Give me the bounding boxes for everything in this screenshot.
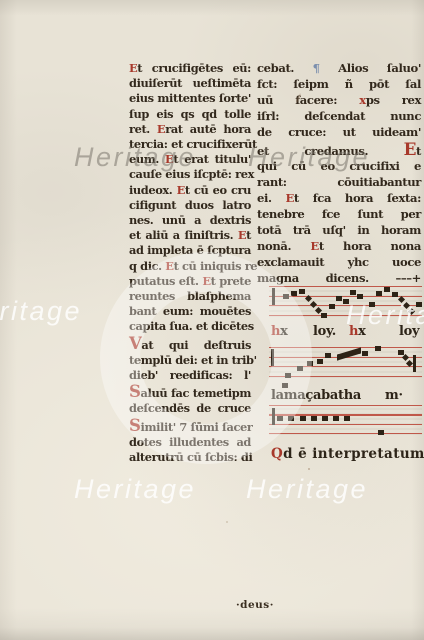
neume-note <box>299 289 305 294</box>
neume-note <box>311 416 317 421</box>
chant-lyric-row: hxloy.hxloy <box>269 324 422 340</box>
text-line: diuiſerūt ueſtimēta <box>129 76 251 91</box>
text-line: capita ſua. et dicētes <box>129 319 251 334</box>
text-line: Et crucifigētes eū: <box>129 61 251 76</box>
red-initial: S <box>129 381 141 401</box>
text-line: exclamauit yhc uoce <box>257 255 421 271</box>
text-line: dotes illudentes ad <box>129 435 251 450</box>
neume-note <box>337 347 361 360</box>
neume-note <box>336 296 342 301</box>
rubric-letter: E <box>238 228 246 242</box>
catchword: ·deus· <box>236 599 274 611</box>
text-line: et credamus. Et <box>257 141 421 160</box>
text-line: reuntes blaſphema <box>129 289 251 304</box>
text-line: q dic. Et cū iniquis re <box>129 259 251 274</box>
blue-paraph-mark: ¶ <box>313 61 320 75</box>
text-line: tercia: et crucifixerūt <box>129 137 251 152</box>
heritage-watermark-text: Heritage <box>246 474 368 505</box>
neume-note <box>392 292 398 297</box>
neume-note <box>357 294 363 299</box>
neume-note <box>329 304 335 309</box>
chant-lyric: loy <box>399 324 419 339</box>
stave-line <box>269 424 422 425</box>
chant-closing-line: Qd ē interpretatum. <box>271 446 424 462</box>
text-line: templū dei: et in trib' <box>129 353 251 368</box>
parchment-speck <box>226 521 228 523</box>
neume-note <box>362 351 368 356</box>
neume-note <box>321 313 327 318</box>
rubric-letter: h <box>271 324 280 339</box>
text-line: ad impleta ē ſcptura <box>129 243 251 258</box>
text-line: et aliū a ſiniſtris. Et <box>129 228 251 243</box>
chant-lyric-row: lamaçabatham· <box>269 388 422 404</box>
rubric-letter: h <box>349 324 358 339</box>
neume-note <box>384 287 390 292</box>
text-line: deſcendēs de cruce <box>129 401 251 416</box>
stave-line <box>269 347 422 348</box>
text-line: cauſe eius iſcptē: rex <box>129 167 251 182</box>
text-line: fct: ſeipm ñ pōt ſal <box>257 77 421 93</box>
rubric-letter: E <box>285 191 293 205</box>
text-line: de cruce: ut uideam' <box>257 125 421 141</box>
stave-line <box>269 286 422 287</box>
neume-note <box>375 346 381 351</box>
text-line: totā trā uſq' in horam <box>257 223 421 239</box>
neume-note <box>398 296 405 303</box>
red-initial: E <box>404 139 416 159</box>
text-line: ret. Erat autē hora <box>129 122 251 137</box>
chant-stave <box>269 347 422 378</box>
left-text-column: Et crucifigētes eū:diuiſerūt ueſtimētaei… <box>129 61 251 465</box>
neume-note <box>416 302 422 307</box>
heritage-watermark-text: Heritage <box>74 474 196 505</box>
rubric-letter: E <box>177 183 185 197</box>
neume-note <box>283 294 289 299</box>
text-line: bant eum: mouētes <box>129 304 251 319</box>
text-line: iudeox. Et cū eo cru <box>129 183 251 198</box>
text-line: magna dicens. –––+ <box>257 271 421 287</box>
right-text-column: cebat. ¶ Alios ſaluo'fct: ſeipm ñ pōt ſa… <box>257 61 421 287</box>
neume-note <box>288 416 294 421</box>
neume-note <box>272 408 275 425</box>
neume-note <box>297 366 303 371</box>
text-line: nes. unū a dextris <box>129 213 251 228</box>
neume-note <box>277 416 283 421</box>
neume-note <box>291 291 297 296</box>
neume-note <box>369 302 375 307</box>
text-line: putatus eſt. Et prete <box>129 274 251 289</box>
neume-note <box>325 353 331 358</box>
rubric-letter: E <box>310 239 318 253</box>
manuscript-leaf-photo: Et crucifigētes eū:diuiſerūt ueſtimētaei… <box>0 0 424 640</box>
rubric-letter: Q <box>271 446 283 462</box>
text-line: cebat. ¶ Alios ſaluo' <box>257 61 421 77</box>
neume-note <box>398 350 404 355</box>
neume-note <box>322 416 328 421</box>
rubric-letter: E <box>165 259 173 273</box>
text-line: Similit' 7 ſūmi ſacer <box>129 417 251 435</box>
parchment-speck <box>308 468 310 470</box>
text-line: alterutrū cū ſcbis: di <box>129 450 251 465</box>
rubric-letter: x <box>359 93 366 107</box>
stave-line <box>269 376 422 377</box>
chant-lyric: m· <box>385 388 403 403</box>
text-line: Vat qui deſtruis <box>129 335 251 353</box>
neume-note <box>350 290 356 295</box>
chant-stave <box>269 286 422 317</box>
rubric-letter: E <box>129 61 137 75</box>
neume-note <box>272 288 275 305</box>
text-line: eius mittentes ſorte' <box>129 91 251 106</box>
text-line: dieb' reedificas: l' <box>129 368 251 383</box>
rubric-letter: E <box>165 152 173 166</box>
chant-stave <box>269 405 422 435</box>
neume-note <box>285 373 291 378</box>
stave-line <box>269 405 422 406</box>
heritage-watermark-text: Heritage <box>0 296 82 327</box>
neume-note <box>317 359 323 364</box>
text-line: rant: cōuitiabantur <box>257 175 421 191</box>
text-line: Saluū fac temetipm <box>129 383 251 401</box>
neume-note <box>344 416 350 421</box>
neume-note <box>300 416 306 421</box>
text-line: ei. Et fca hora ſexta: <box>257 191 421 207</box>
neume-note <box>376 291 382 296</box>
text-line: cifigunt duos latro <box>129 198 251 213</box>
neume-note <box>310 301 317 308</box>
neume-note <box>307 361 313 366</box>
stave-line <box>269 315 422 316</box>
neume-note <box>413 355 416 372</box>
text-line: eum. Et erat titulu' <box>129 152 251 167</box>
chant-lyric: hx <box>349 324 366 339</box>
text-line: nonā. Et hora nona <box>257 239 421 255</box>
neume-note <box>378 430 384 435</box>
neume-note <box>333 416 339 421</box>
chant-lyric: lamaçabatha <box>271 388 361 403</box>
stave-line <box>269 305 422 306</box>
chant-lyric: hx <box>271 324 288 339</box>
neume-note <box>403 302 410 309</box>
text-line: uū facere: xps rex <box>257 93 421 109</box>
chant-lyric: loy. <box>313 324 336 339</box>
text-line: iſrl: deſcendat nunc <box>257 109 421 125</box>
neume-note <box>343 299 349 304</box>
text-line: ſup eis qs qd tolle <box>129 107 251 122</box>
text-line: tenebre fce ſunt per <box>257 207 421 223</box>
stave-line <box>269 433 422 434</box>
red-initial: S <box>129 415 141 435</box>
text-line: qui cū eo crucifixi e <box>257 159 421 175</box>
rubric-letter: E <box>202 274 210 288</box>
red-initial: V <box>129 333 141 353</box>
rubric-letter: E <box>157 122 165 136</box>
neume-note <box>271 349 274 366</box>
stave-line <box>269 366 422 367</box>
